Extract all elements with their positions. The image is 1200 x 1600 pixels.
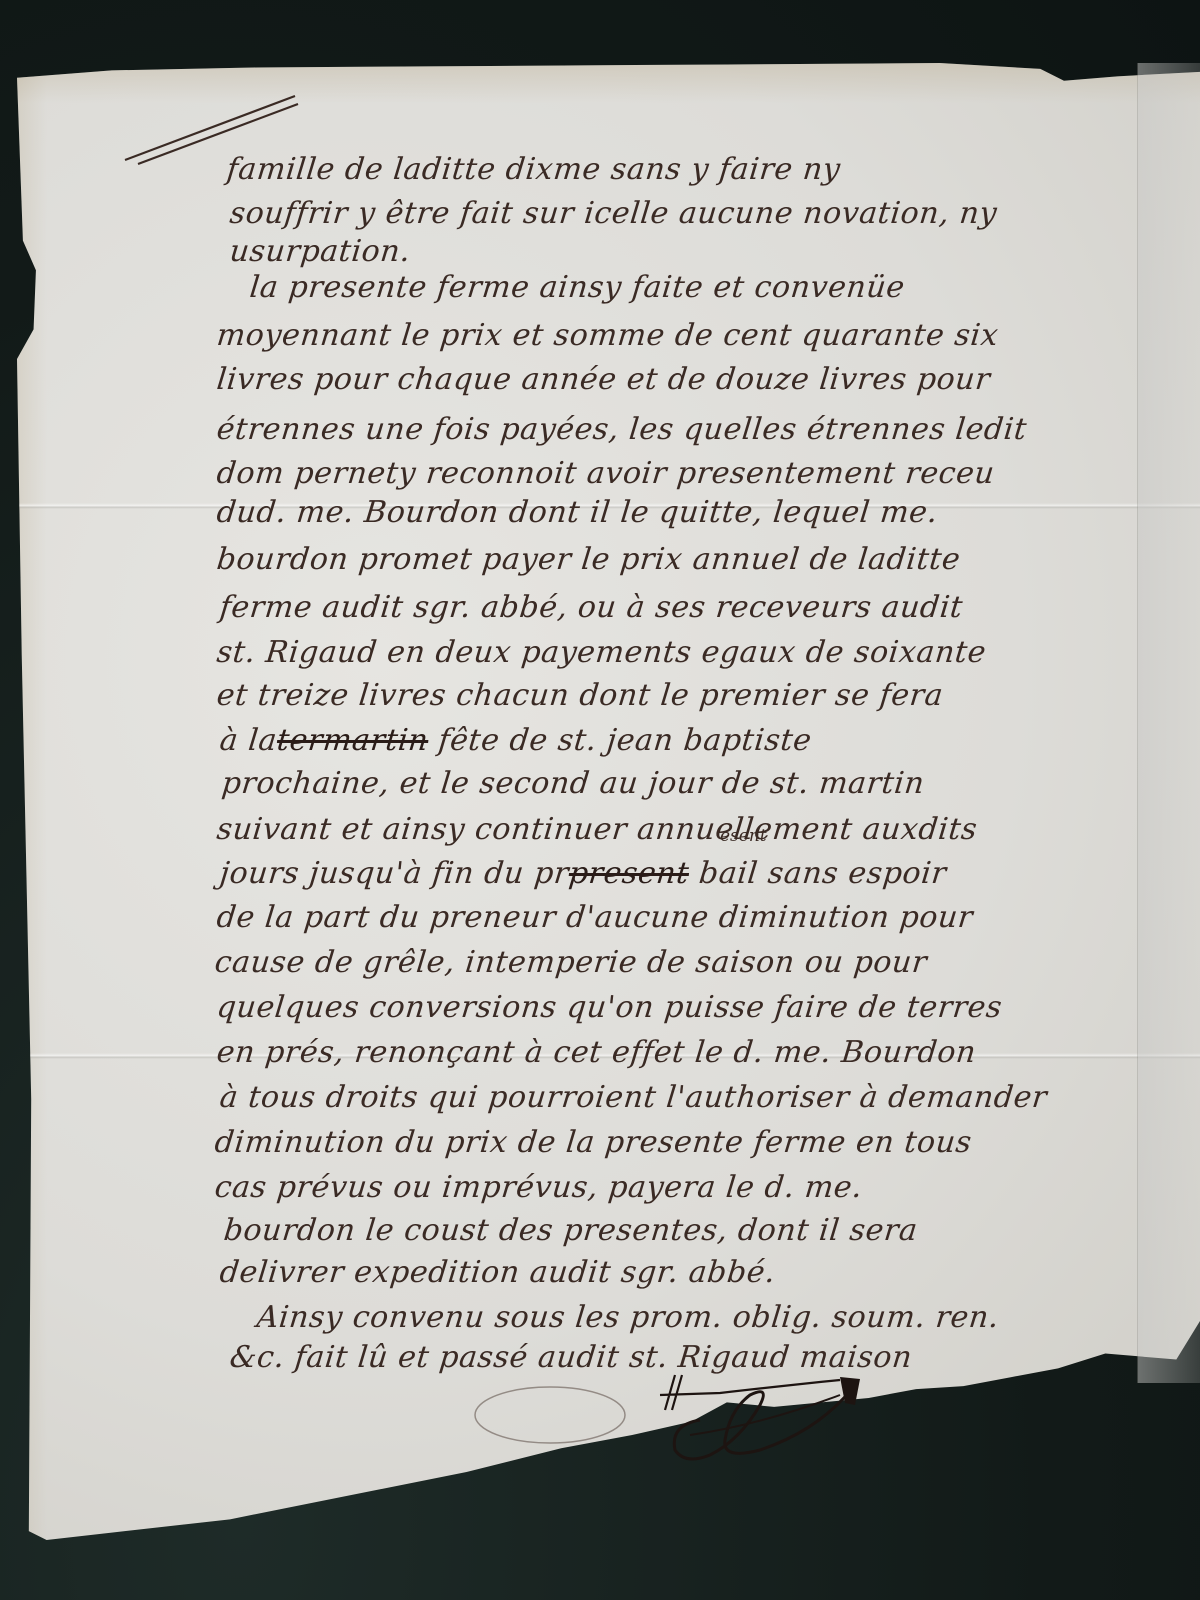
- line-fragment: à la: [218, 723, 279, 758]
- text-line: livres pour chaque année et de douze liv…: [215, 362, 992, 397]
- signature-flourish-icon: [460, 1365, 880, 1475]
- line-fragment: jours jusqu'à fin du pr: [218, 856, 571, 891]
- text-line: quelques conversions qu'on puisse faire …: [215, 990, 1004, 1025]
- text-line: et treize livres chacun dont le premier …: [215, 678, 945, 713]
- text-line: usurpation.: [228, 234, 412, 269]
- text-line: Ainsy convenu sous les prom. oblig. soum…: [255, 1300, 1001, 1335]
- text-line: diminution du prix de la presente ferme …: [213, 1125, 974, 1160]
- text-line: étrennes une fois payées, les quelles ét…: [215, 412, 1029, 447]
- text-line: la presente ferme ainsy faite et convenü…: [248, 270, 907, 305]
- text-line: delivrer expedition audit sgr. abbé.: [218, 1255, 777, 1290]
- struck-word: termartin: [275, 723, 430, 758]
- struck-word: present: [567, 856, 691, 891]
- text-line: cas prévus ou imprévus, payera le d. me.: [213, 1170, 864, 1205]
- line-fragment: bail sans espoir: [697, 856, 948, 891]
- text-line: souffrir y être fait sur icelle aucune n…: [228, 196, 999, 231]
- text-line: cause de grêle, intemperie de saison ou …: [213, 945, 929, 980]
- text-line: à tous droits qui pourroient l'authorise…: [218, 1080, 1049, 1115]
- text-line: prochaine, et le second au jour de st. m…: [220, 766, 926, 801]
- text-line: dud. me. Bourdon dont il le quitte, lequ…: [215, 495, 940, 530]
- text-line: dom pernety reconnoit avoir presentement…: [215, 456, 996, 491]
- text-line: suivant et ainsy continuer annuellement …: [215, 812, 979, 847]
- text-line: à latermartin fête de st. jean baptiste: [218, 723, 814, 758]
- text-line: bourdon le coust des presentes, dont il …: [222, 1213, 919, 1248]
- manuscript-text: famille de laditte dixme sans y faire ny…: [0, 0, 1200, 1600]
- text-line: de la part du preneur d'aucune diminutio…: [215, 900, 975, 935]
- text-line: en prés, renonçant à cet effet le d. me.…: [215, 1035, 978, 1070]
- text-line: jours jusqu'à fin du prpresent bail sans…: [218, 856, 948, 891]
- interlinear-insertion: esent: [720, 826, 767, 846]
- text-line: moyennant le prix et somme de cent quara…: [215, 318, 1000, 353]
- text-line: ferme audit sgr. abbé, ou à ses receveur…: [218, 590, 965, 625]
- text-line: famille de laditte dixme sans y faire ny: [225, 152, 842, 187]
- text-line: bourdon promet payer le prix annuel de l…: [215, 542, 962, 577]
- text-line: st. Rigaud en deux payements egaux de so…: [215, 635, 988, 670]
- line-fragment: fête de st. jean baptiste: [437, 723, 814, 758]
